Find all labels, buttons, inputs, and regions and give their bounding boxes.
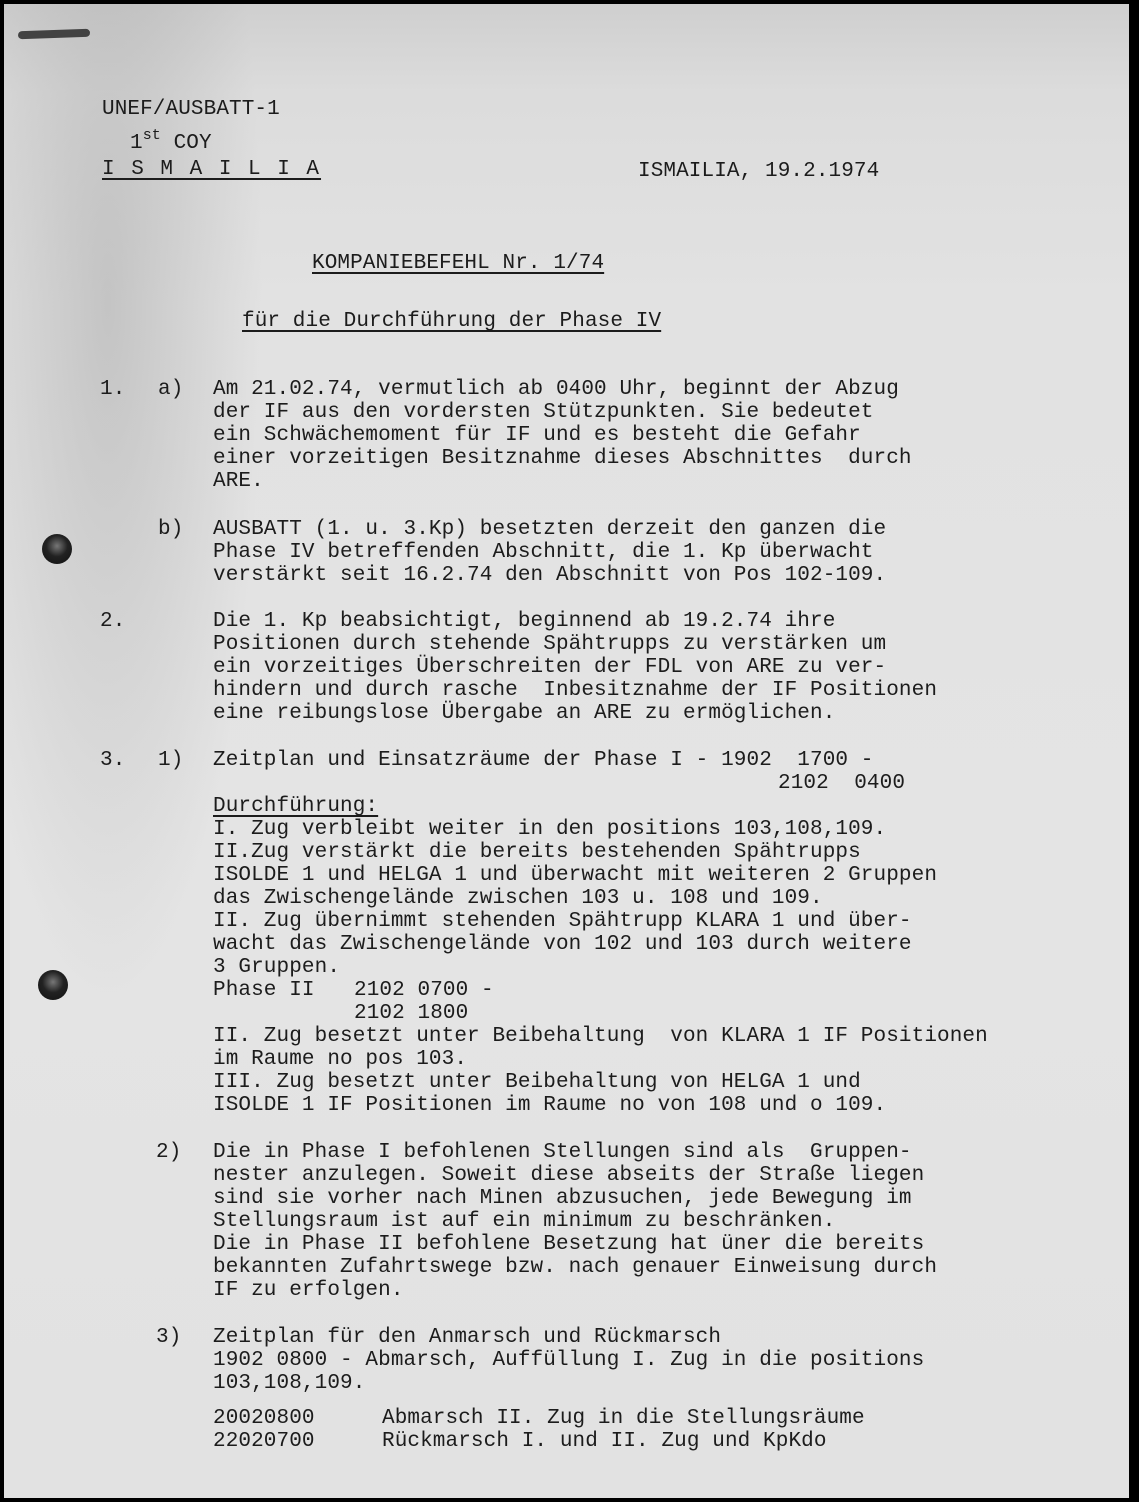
section-1-number: 1. [100,378,125,401]
text-line: Am 21.02.74, vermutlich ab 0400 Uhr, beg… [213,378,899,401]
phase-1-heading: Zeitplan und Einsatzräume der Phase I - … [213,749,874,772]
section-3-number: 3. [100,749,125,772]
text-line: nester anzulegen. Soweit diese abseits d… [213,1164,924,1187]
company-designation: 1st COY [130,132,212,155]
company-label: COY [161,132,212,155]
phase-1-end-time: 2102 0400 [778,772,905,795]
section-3-2-label: 2) [156,1141,181,1164]
document-title: KOMPANIEBEFEHL Nr. 1/74 [312,252,604,275]
text-line: verstärkt seit 16.2.74 den Abschnitt von… [213,564,886,587]
text-line: ein Schwächemoment für IF und es besteht… [213,424,861,447]
text-line: III. Zug besetzt unter Beibehaltung von … [213,1071,861,1094]
section-2-number: 2. [100,610,125,633]
text-line: einer vorzeitigen Besitznahme dieses Abs… [213,447,912,470]
text-line: bekannten Zufahrtswege bzw. nach genauer… [213,1256,937,1279]
punch-hole-icon [38,970,68,1000]
text-line: Die in Phase I befohlenen Stellungen sin… [213,1141,912,1164]
section-3-3-label: 3) [156,1326,181,1349]
schedule-time: 22020700 [213,1430,315,1453]
section-1b-label: b) [158,518,183,541]
text-line: ARE. [213,470,264,493]
text-line: hindern und durch rasche Inbesitznahme d… [213,679,937,702]
schedule-time: 20020800 [213,1407,315,1430]
text-line: II. Zug übernimmt stehenden Spähtrupp KL… [213,910,912,933]
company-number: 1 [130,132,143,155]
unit-designation: UNEF/AUSBATT-1 [102,98,280,121]
text-line: wacht das Zwischengelände von 102 und 10… [213,933,912,956]
text-line: im Raume no pos 103. [213,1048,467,1071]
text-line: ein vorzeitiges Überschreiten der FDL vo… [213,656,886,679]
text-line: 3 Gruppen. [213,956,340,979]
text-line: 103,108,109. [213,1372,365,1395]
text-line: Die 1. Kp beabsichtigt, beginnend ab 19.… [213,610,835,633]
punch-hole-icon [42,534,72,564]
text-line: Die in Phase II befohlene Besetzung hat … [213,1233,924,1256]
text-line: II. Zug besetzt unter Beibehaltung von K… [213,1025,988,1048]
phase-2-end-time: 2102 1800 [354,1002,468,1025]
document-page: UNEF/AUSBATT-1 1st COY I S M A I L I A I… [4,4,1129,1498]
durchfuehrung-heading: Durchführung: [213,795,378,818]
ordinal-suffix: st [143,127,161,144]
document-subtitle: für die Durchführung der Phase IV [242,310,661,333]
text-line: Stellungsraum ist auf ein minimum zu bes… [213,1210,835,1233]
text-line: II.Zug verstärkt die bereits bestehenden… [213,841,861,864]
text-line: Phase IV betreffenden Abschnitt, die 1. … [213,541,874,564]
text-line: eine reibungslose Übergabe an ARE zu erm… [213,702,835,725]
text-line: der IF aus den vordersten Stützpunkten. … [213,401,874,424]
text-line: I. Zug verbleibt weiter in den positions… [213,818,886,841]
text-line: Positionen durch stehende Spähtrupps zu … [213,633,886,656]
text-line: das Zwischengelände zwischen 103 u. 108 … [213,887,823,910]
section-1a-label: a) [158,378,183,401]
section-3-1-label: 1) [158,749,183,772]
schedule-text: Abmarsch II. Zug in die Stellungsräume [382,1407,865,1430]
phase-2-start-time: 2102 0700 - [354,979,494,1002]
text-line: AUSBATT (1. u. 3.Kp) besetzten derzeit d… [213,518,886,541]
text-line: IF zu erfolgen. [213,1279,404,1302]
location-heading: I S M A I L I A [102,158,321,181]
text-line: ISOLDE 1 IF Positionen im Raume no von 1… [213,1094,886,1117]
text-line: sind sie vorher nach Minen abzusuchen, j… [213,1187,912,1210]
place-date: ISMAILIA, 19.2.1974 [638,160,879,183]
phase-2-label: Phase II [213,979,315,1002]
schedule-text: Rückmarsch I. und II. Zug und KpKdo [382,1430,827,1453]
text-line: ISOLDE 1 und HELGA 1 und überwacht mit w… [213,864,937,887]
text-line: Zeitplan für den Anmarsch und Rückmarsch [213,1326,721,1349]
text-line: 1902 0800 - Abmarsch, Auffüllung I. Zug … [213,1349,924,1372]
